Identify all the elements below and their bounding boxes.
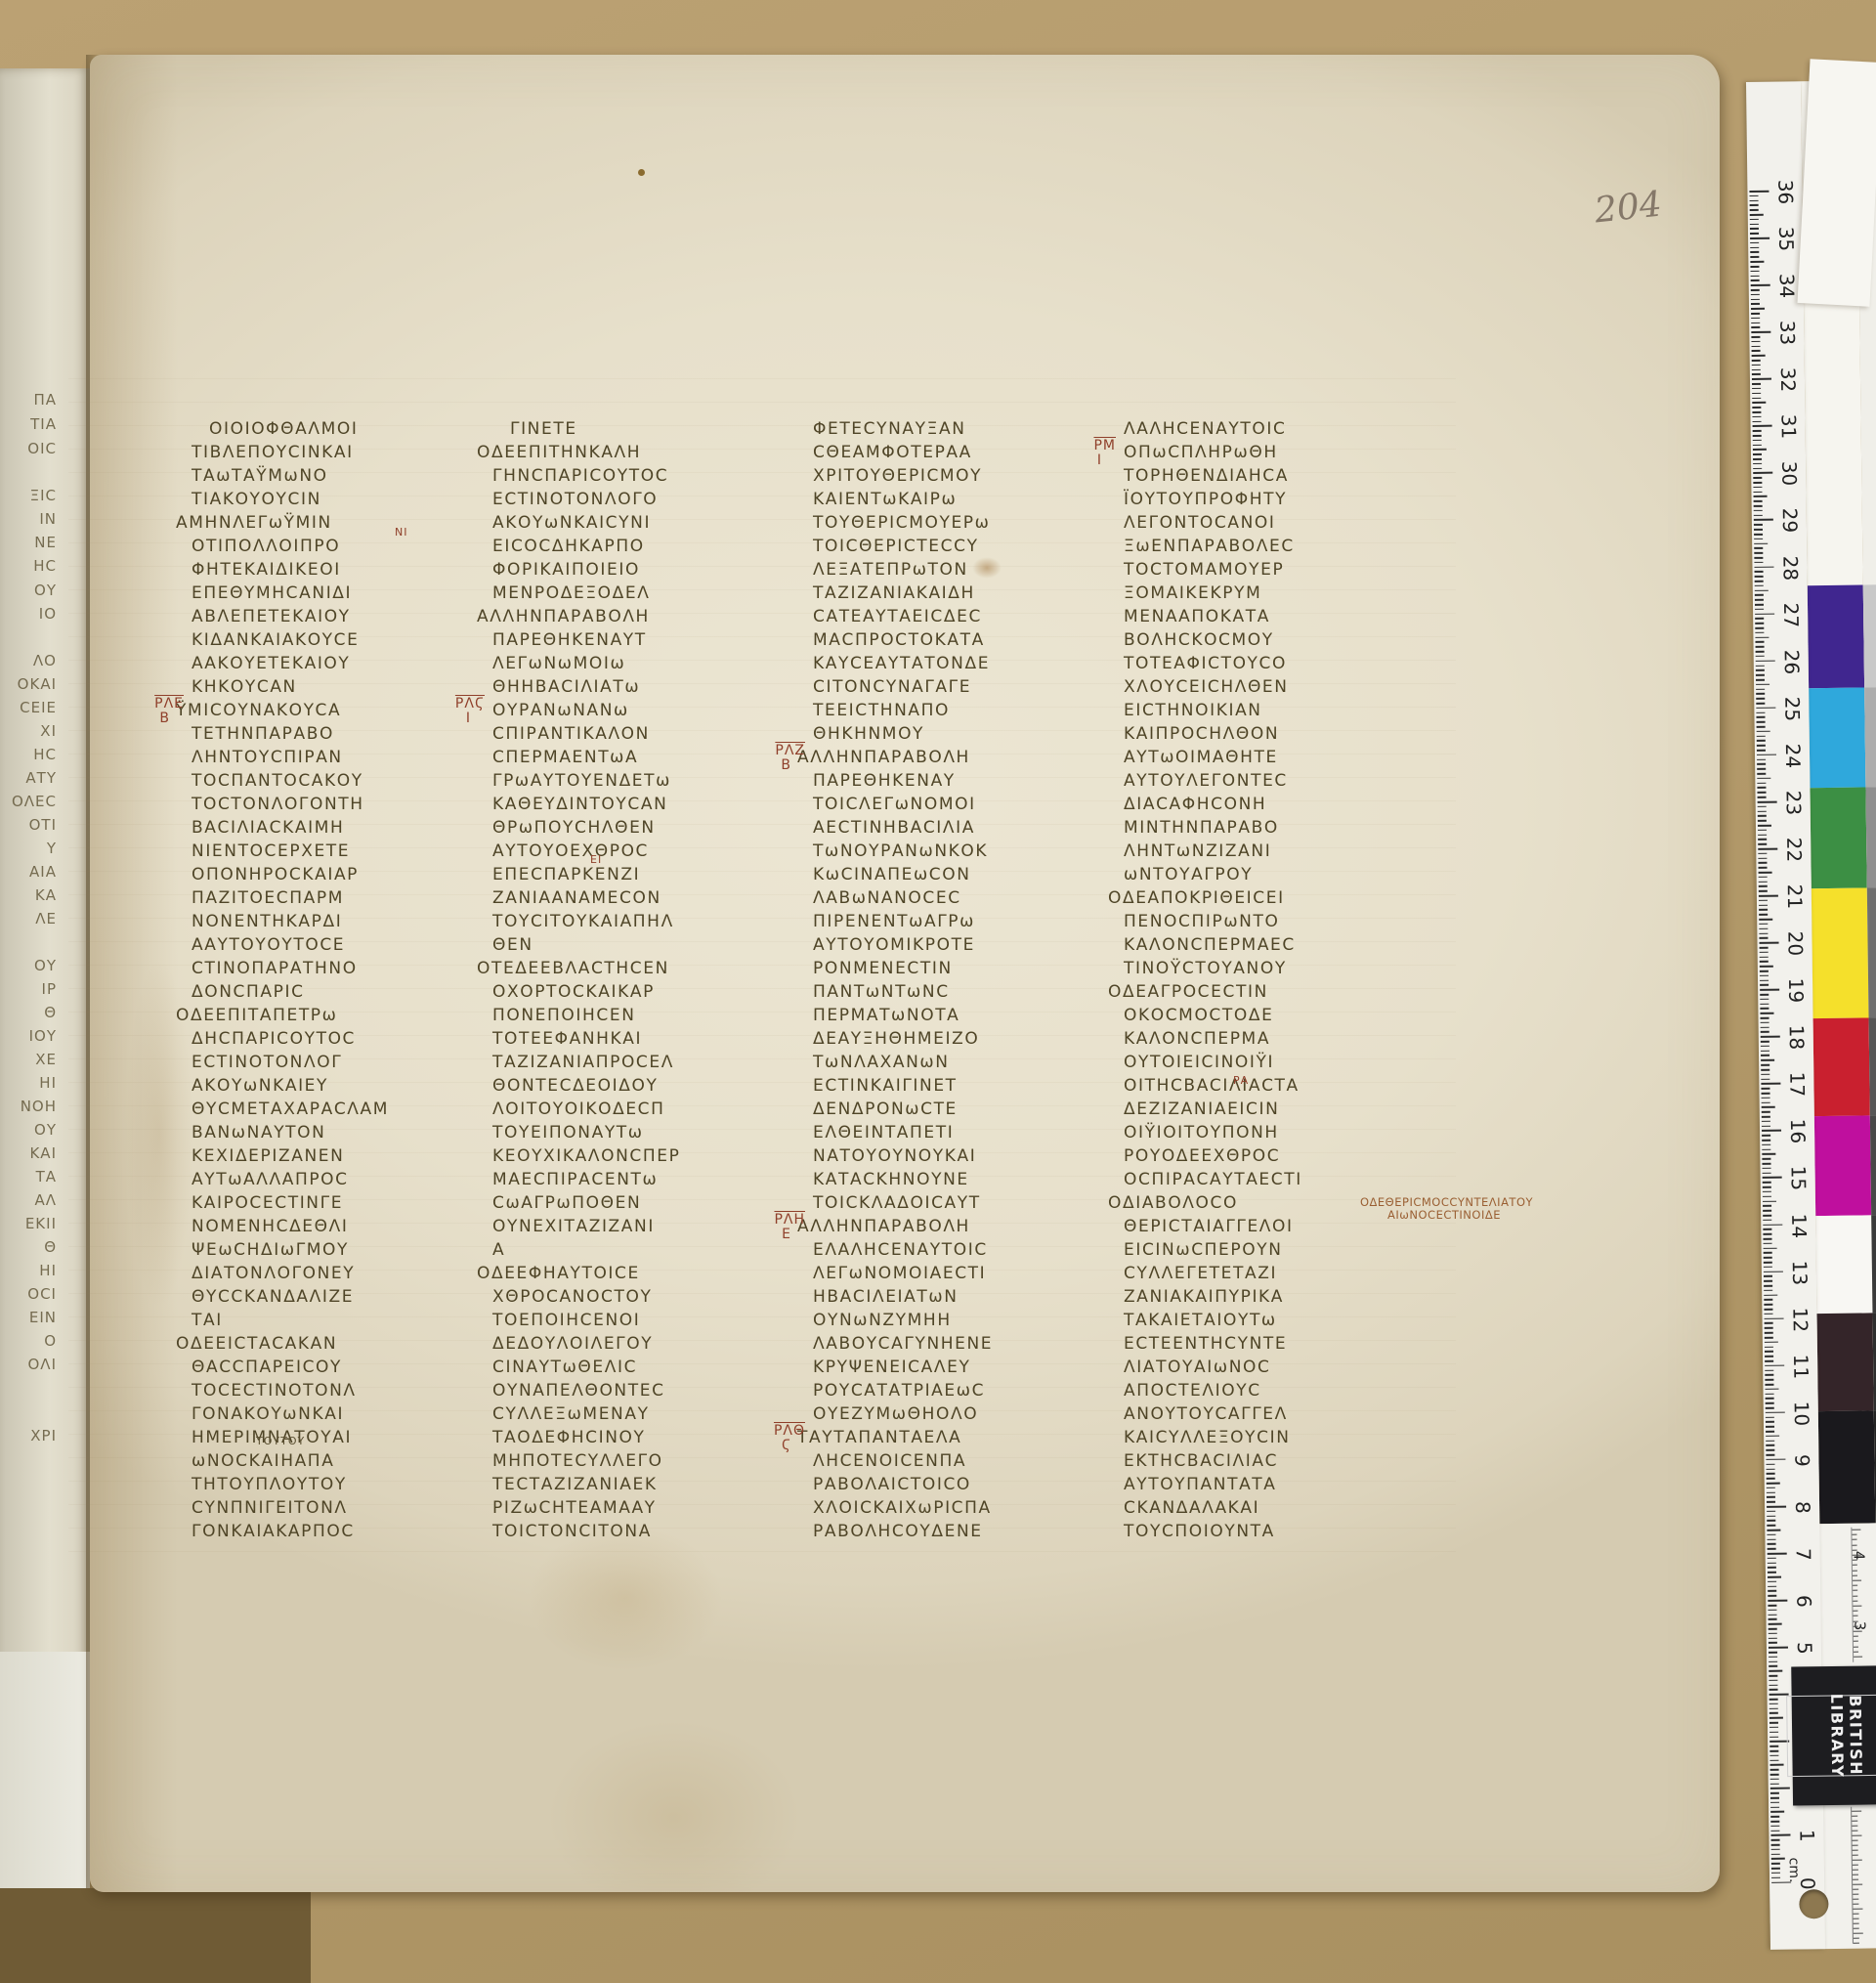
ruler-tick <box>1760 1013 1773 1014</box>
ruler-tick <box>1759 877 1768 879</box>
edge-scale-tick <box>1853 1544 1857 1545</box>
ruler-tick <box>1756 698 1765 700</box>
secondary-scale-tick <box>1853 1870 1858 1871</box>
manuscript-line: ΔΙΑCΑΦΗCΟΝΗ <box>1124 793 1417 816</box>
ruler-number: 7 <box>1792 1539 1815 1569</box>
manuscript-line: ωΝΟCΚΑΙΗΑΠΑ <box>192 1449 485 1473</box>
secondary-scale-tick <box>1854 1918 1859 1919</box>
ruler-tick <box>1768 1576 1781 1578</box>
facing-page-fragment: ΞΙC <box>0 487 57 504</box>
ruler-tick <box>1761 1078 1769 1080</box>
ruler-tick <box>1755 599 1764 601</box>
facing-page-fragment: ΟΥ <box>0 957 57 974</box>
ruler-tick <box>1757 754 1776 755</box>
ruler-tick <box>1767 1501 1775 1503</box>
ruler-tick <box>1769 1722 1778 1724</box>
manuscript-line: ΚΑΛΟΝCΠΕΡΜΑ <box>1124 1027 1417 1051</box>
ruler-tick <box>1757 773 1766 775</box>
ruler-tick <box>1750 228 1759 230</box>
edge-scale-tick <box>1853 1595 1857 1596</box>
ruler-tick <box>1769 1642 1777 1644</box>
ruler-tick <box>1759 937 1768 939</box>
manuscript-line: ΤΟΙCΛΕΓωΝΟΜΟΙ <box>813 793 1106 816</box>
ruler-tick <box>1765 1337 1773 1339</box>
facing-page-lower-edge <box>0 1652 90 1901</box>
ruler-tick <box>1759 932 1768 934</box>
secondary-scale-tick <box>1852 1816 1857 1817</box>
ruler-number: 26 <box>1780 647 1804 676</box>
manuscript-line: ΛΕΓΟΝΤΟCΑΝΟΙ <box>1124 511 1417 535</box>
ruler-tick <box>1755 632 1764 634</box>
edge-scale-tick <box>1853 1560 1857 1561</box>
manuscript-line: ΕCΤΕΕΝΤΗCΥΝΤΕ <box>1124 1332 1417 1356</box>
manuscript-line: ΡΟΥΟΔΕΕΧΘΡΟC <box>1124 1144 1417 1168</box>
manuscript-line: ΛΕΓωΝΟΜΟΙΑΕCΤΙ <box>813 1262 1106 1285</box>
manuscript-line: ΛΕΞΑΤΕΠΡωΤΟΝ <box>813 558 1106 582</box>
secondary-scale: O Righe Tip. 1 1234 <box>1851 1806 1876 1944</box>
ruler-tick <box>1769 1689 1778 1691</box>
ruler-tick <box>1765 1384 1773 1386</box>
ruler-tick <box>1770 1826 1779 1828</box>
margin-section-number: ΡΜΙ <box>1061 439 1116 468</box>
ruler-tick <box>1759 867 1768 869</box>
ruler-tick <box>1753 467 1762 469</box>
secondary-scale-tick <box>1852 1821 1857 1822</box>
manuscript-line: ΕΛΘΕΙΝΤΑΠΕΤΙ <box>813 1121 1106 1144</box>
ruler-number: 33 <box>1775 319 1799 348</box>
ruler-tick <box>1751 308 1765 310</box>
ruler-tick <box>1760 1003 1769 1005</box>
ruler-tick <box>1767 1525 1775 1527</box>
ruler-tick <box>1768 1572 1776 1573</box>
manuscript-line: ΔΕΖΙΖΑΝΙΑΕΙCΙΝ <box>1124 1098 1417 1121</box>
secondary-scale-tick <box>1853 1909 1862 1910</box>
ruler-tick <box>1763 1182 1771 1184</box>
ruler-tick <box>1751 341 1760 343</box>
manuscript-line: ΠΑΡΕΘΗΚΕΝΑΥ <box>813 769 1106 793</box>
ruler-tick <box>1764 1247 1777 1249</box>
margin-section-number: ΡΛΘϚ <box>750 1424 805 1453</box>
manuscript-line: ΚΕΟΥΧΙΚΑΛΟΝCΠΕΡ <box>492 1144 786 1168</box>
ruler-tick <box>1757 731 1770 733</box>
white-sheet-corner <box>1798 59 1876 307</box>
ruler-tick <box>1763 1210 1771 1212</box>
manuscript-line: CΤΙΝΟΠΑΡΑΤΗΝΟ <box>192 957 485 980</box>
edge-scale-tick <box>1853 1565 1857 1566</box>
ruler-tick <box>1770 1774 1779 1776</box>
manuscript-line: ΡΑΒΟΛΗCΟΥΔΕΝΕ <box>813 1520 1106 1543</box>
ruler-tick <box>1755 594 1764 596</box>
ruler-number: 31 <box>1776 412 1800 442</box>
ruler-tick <box>1758 792 1767 794</box>
manuscript-line: ΝΑΤΟΥΟΥΝΟΥΚΑΙ <box>813 1144 1106 1168</box>
facing-page-fragment: ΕΙΝ <box>0 1309 57 1326</box>
tag-line-library: LIBRARY <box>1827 1694 1847 1779</box>
manuscript-line: ΕCΤΙΝΚΑΙΓΙΝΕΤ <box>813 1074 1106 1098</box>
manuscript-line: ΤΑΙ <box>192 1309 485 1332</box>
folio-number: 204 <box>1593 185 1664 232</box>
ruler-tick <box>1756 669 1765 671</box>
manuscript-line: ΜΑΕCΠΙΡΑCΕΝΤω <box>492 1168 786 1191</box>
manuscript-line: CΠΙΡΑΝΤΙΚΑΛΟΝ <box>492 722 786 746</box>
manuscript-line: ΑΑΚΟΥΕΤΕΚΑΙΟΥ <box>192 652 485 675</box>
ruler-tick <box>1758 848 1777 850</box>
manuscript-line: ΔΗCΠΑΡΙCΟΥΤΟC <box>192 1027 485 1051</box>
ruler-tick <box>1753 453 1762 455</box>
ruler-tick <box>1752 368 1761 370</box>
manuscript-line: ΤΟΕΠΟΙΗCΕΝΟΙ <box>492 1309 786 1332</box>
facing-page-fragment: ΠΑ <box>0 391 57 409</box>
ruler-tick <box>1767 1510 1775 1512</box>
ruler-tick <box>1767 1520 1775 1522</box>
facing-page-fragment: ΗC <box>0 557 57 575</box>
ruler-tick <box>1750 233 1759 235</box>
ruler-tick <box>1755 576 1764 578</box>
ruler-tick <box>1755 571 1764 573</box>
ruler-tick <box>1759 895 1778 897</box>
secondary-scale-tick <box>1854 1923 1859 1924</box>
ruler-number: 16 <box>1786 1117 1810 1146</box>
ruler-tick <box>1758 853 1767 855</box>
gray-step <box>1869 1017 1876 1115</box>
ruler-tick <box>1755 623 1764 625</box>
facing-page-fragment: ΟCΙ <box>0 1285 57 1303</box>
ruler-tick <box>1765 1364 1784 1366</box>
manuscript-line: ΒΑCΙΛΙΑCΚΑΙΜΗ <box>192 816 485 840</box>
manuscript-line: ΗΜΕΡΙΜΝΑΤΟΥΑΙ <box>192 1426 485 1449</box>
manuscript-line: ΛΕΓωΝωΜΟΙω <box>492 652 786 675</box>
manuscript-line: ΡΙΖωCΗΤΕΑΜΑΑΥ <box>492 1496 786 1520</box>
ruler-tick <box>1766 1449 1774 1451</box>
ruler-tick <box>1751 294 1760 296</box>
ruler-tick <box>1762 1153 1775 1155</box>
ruler-tick <box>1760 989 1779 991</box>
ruler-tick <box>1754 529 1763 531</box>
manuscript-line: ΕΙCΟCΔΗΚΑΡΠΟ <box>492 535 786 558</box>
manuscript-line: ΔΟΝCΠΑΡΙC <box>192 980 485 1004</box>
ruler-tick <box>1755 609 1764 611</box>
ruler-number: 20 <box>1783 928 1807 958</box>
ruler-tick <box>1755 627 1764 629</box>
ruler-tick <box>1767 1515 1775 1517</box>
ruler-tick <box>1754 519 1773 521</box>
ruler-tick <box>1766 1411 1785 1413</box>
ruler-tick <box>1756 656 1765 658</box>
ruler-tick <box>1756 665 1765 667</box>
manuscript-line: ΑΚΟΥωΝΚΑΙΕΥ <box>192 1074 485 1098</box>
ruler-number: 10 <box>1790 1399 1813 1428</box>
manuscript-line: ΚωCΙΝΑΠΕωCΟΝ <box>813 863 1106 886</box>
ruler-tick <box>1769 1632 1777 1634</box>
ruler-tick <box>1755 581 1764 582</box>
ruler-tick <box>1750 266 1759 268</box>
ruler-number: 1 <box>1795 1822 1818 1851</box>
ruler-tick <box>1766 1407 1774 1409</box>
gray-step <box>1863 584 1876 687</box>
ruler-tick <box>1758 843 1767 845</box>
facing-page-fragment: ΚΑΙ <box>0 1144 57 1162</box>
ruler-tick <box>1751 289 1760 291</box>
manuscript-line: ΚΑΙΡΟCΕCΤΙΝΓΕ <box>192 1191 485 1215</box>
manuscript-line: ΤωΝΛΑΧΑΝωΝ <box>813 1051 1106 1074</box>
ruler-tick <box>1760 975 1769 977</box>
manuscript-line: ΠΕΡΜΑΤωΝΟΤΑ <box>813 1004 1106 1027</box>
ruler-number: 34 <box>1775 271 1799 300</box>
ruler-tick <box>1756 651 1765 653</box>
ruler-tick <box>1764 1285 1772 1287</box>
ruler-tick <box>1757 750 1766 752</box>
ruler-tick <box>1763 1229 1771 1230</box>
ruler-tick <box>1764 1271 1783 1272</box>
manuscript-line: ΤΟCΕCΤΙΝΟΤΟΝΛ <box>192 1379 485 1402</box>
manuscript-line: ΤΟΥCΙΤΟΥΚΑΙΑΠΗΛ <box>492 910 786 933</box>
ruler-tick <box>1769 1731 1778 1733</box>
ruler-tick <box>1767 1463 1775 1465</box>
ruler-tick <box>1761 1017 1769 1019</box>
ruler-tick <box>1754 539 1763 540</box>
color-patch-dark-brown <box>1817 1313 1874 1411</box>
ruler-tick <box>1755 618 1764 620</box>
ruler-tick <box>1758 839 1767 841</box>
ruler-tick <box>1764 1275 1772 1277</box>
ruler-tick <box>1771 1858 1785 1860</box>
ruler-tick <box>1754 552 1763 554</box>
ruler-tick <box>1752 407 1761 409</box>
ruler-tick <box>1762 1111 1770 1113</box>
ruler-tick <box>1752 345 1761 347</box>
gray-step <box>1871 1215 1876 1313</box>
facing-page-fragment: Υ <box>0 840 57 857</box>
facing-page-fragment: ΟΥ <box>0 582 57 599</box>
tag-line-british: BRITISH <box>1846 1693 1865 1778</box>
manuscript-line: ΤΟΙCΤΟΝCΙΤΟΝΑ <box>492 1520 786 1543</box>
ruler-tick <box>1751 331 1770 333</box>
manuscript-line: ΦΗΤΕΚΑΙΔΙΚΕΟΙ <box>192 558 485 582</box>
facing-page-fragment: ΗΙ <box>0 1074 57 1092</box>
ruler-tick <box>1760 951 1769 953</box>
ruler-tick <box>1764 1294 1777 1296</box>
manuscript-line: ΟΠΟΝΗΡΟCΚΑΙΑΡ <box>192 863 485 886</box>
ruler-tick <box>1758 797 1767 798</box>
ruler-number: 12 <box>1788 1305 1812 1334</box>
ruler-tick <box>1759 890 1768 892</box>
ruler-tick <box>1761 1069 1769 1071</box>
ruler-tick <box>1761 1073 1769 1075</box>
gray-step <box>1872 1313 1876 1410</box>
ruler-tick <box>1752 383 1761 385</box>
manuscript-line: ΡΟΝΜΕΝΕCΤΙΝ <box>813 957 1106 980</box>
manuscript-line: ΛΗΝΤΟΥCΠΙΡΑΝ <box>192 746 485 769</box>
margin-section-number: ΡΛϚΙ <box>430 697 485 726</box>
ruler-tick <box>1755 613 1774 615</box>
manuscript-line: ΛΙΑΤΟΥΑΙωΝΟC <box>1124 1356 1417 1379</box>
ruler-tick <box>1760 956 1769 958</box>
ruler-tick <box>1769 1717 1783 1719</box>
ruler-tick <box>1760 984 1769 986</box>
ruler-tick <box>1751 280 1760 281</box>
secondary-scale-tick <box>1853 1875 1858 1875</box>
ruler-tick <box>1764 1262 1772 1264</box>
manuscript-line: ΤΟΤΕΑΦΙCΤΟΥCΟ <box>1124 652 1417 675</box>
ruler-tick <box>1760 966 1773 968</box>
ruler-tick <box>1768 1585 1776 1587</box>
ruler-tick <box>1754 542 1768 544</box>
ruler-tick <box>1761 1064 1769 1066</box>
correction-mark: ΕΙ <box>590 853 602 866</box>
ruler-tick <box>1753 482 1762 484</box>
ruler-tick <box>1757 768 1766 770</box>
ruler-tick <box>1756 679 1765 681</box>
manuscript-line: ΟΥΝΑΠΕΛΘΟΝΤΕC <box>492 1379 786 1402</box>
ruler-number: 28 <box>1778 553 1802 582</box>
ruler-tick <box>1766 1402 1774 1404</box>
ruler-tick <box>1759 904 1768 906</box>
manuscript-line: ΤΟCΠΑΝΤΟCΑΚΟΥ <box>192 769 485 793</box>
manuscript-line: ΑΝΟΥΤΟΥCΑΓΓΕΛ <box>1124 1402 1417 1426</box>
facing-page-fragment: ΝΕ <box>0 534 57 551</box>
ruler-tick <box>1751 271 1760 273</box>
manuscript-line: ΤΟΥΘΕΡΙCΜΟΥΕΡω <box>813 511 1106 535</box>
manuscript-line: CΥΝΠΝΙΓΕΙΤΟΝΛ <box>192 1496 485 1520</box>
ruler-number: 24 <box>1781 741 1805 770</box>
ruler-tick <box>1750 242 1759 244</box>
facing-page-fragment: ΚΑ <box>0 886 57 904</box>
ruler-tick <box>1764 1309 1772 1311</box>
ruler-number: 27 <box>1779 600 1803 629</box>
facing-page-fragment: ΙΡ <box>0 980 57 998</box>
ruler-tick <box>1761 1046 1769 1048</box>
ruler-tick <box>1756 707 1775 709</box>
ruler-tick <box>1769 1628 1777 1630</box>
secondary-scale-tick <box>1852 1831 1857 1832</box>
manuscript-line: ΧΛΟΙCΚΑΙΧωΡΙCΠΑ <box>813 1496 1106 1520</box>
manuscript-line: ΦΟΡΙΚΑΙΠΟΙΕΙΟ <box>492 558 786 582</box>
edge-scale-tick <box>1854 1625 1858 1626</box>
ruler-tick <box>1750 251 1759 253</box>
ruler-tick <box>1767 1487 1775 1488</box>
ruler-tick <box>1764 1299 1772 1301</box>
ruler-tick <box>1754 505 1763 507</box>
manuscript-line: ΤΕΕΙCΤΗΝΑΠΟ <box>813 699 1106 722</box>
ruler-tick <box>1762 1125 1770 1127</box>
manuscript-line: ΝΟΝΕΝΤΗΚΑΡΔΙ <box>192 910 485 933</box>
ruler-tick <box>1754 547 1763 549</box>
secondary-scale-tick <box>1852 1835 1861 1836</box>
margin-number-sub: Ι <box>430 711 471 726</box>
margin-number-sub: Ι <box>1061 453 1102 468</box>
ruler-tick <box>1762 1101 1770 1103</box>
secondary-scale-tick <box>1853 1894 1858 1895</box>
ruler-tick <box>1770 1830 1779 1832</box>
manuscript-line: ΓΟΝΚΑΙΑΚΑΡΠΟC <box>192 1520 485 1543</box>
facing-page-fragment: ΕΚΙΙ <box>0 1215 57 1232</box>
ruler-tick <box>1752 397 1761 399</box>
edge-scale-tick <box>1853 1570 1857 1571</box>
ruler-tick <box>1758 825 1771 827</box>
ruler-tick <box>1768 1581 1776 1583</box>
gray-step <box>1864 687 1876 787</box>
ruler-tick <box>1749 191 1769 193</box>
ruler-tick <box>1752 388 1761 390</box>
manuscript-line: ΑΜΗΝΛΕΓωΫΜΙΝ <box>176 511 485 535</box>
manuscript-line: ΘΡωΠΟΥCΗΛΘΕΝ <box>492 816 786 840</box>
manuscript-line: ΤΟΥCΠΟΙΟΥΝΤΑ <box>1124 1520 1417 1543</box>
ruler-tick <box>1753 444 1762 446</box>
ruler-tick <box>1762 1093 1770 1095</box>
correction-mark: ΤΟΥΤΟΥ <box>256 1435 305 1447</box>
ruler-tick <box>1757 721 1766 723</box>
manuscript-line: ΓΟΝΑΚΟΥωΝΚΑΙ <box>192 1402 485 1426</box>
facing-page-fragment: ΟΥ <box>0 1121 57 1139</box>
ruler-number: 18 <box>1785 1022 1809 1052</box>
ruler-tick <box>1750 247 1759 249</box>
color-patch-yellow <box>1812 887 1869 1018</box>
manuscript-line: ΚΙΔΑΝΚΑΙΑΚΟΥCΕ <box>192 628 485 652</box>
ruler-tick <box>1756 688 1765 690</box>
british-library-tag: BRITISH LIBRARY <box>1791 1665 1876 1805</box>
ruler-tick <box>1753 463 1762 465</box>
ruler-tick <box>1765 1341 1778 1343</box>
gray-step <box>1865 787 1876 887</box>
manuscript-line: ΠΑΖΙΤΟΕCΠΑΡΜ <box>192 886 485 910</box>
ruler-tick <box>1765 1351 1773 1353</box>
facing-page-fragment: ΗC <box>0 746 57 763</box>
ruler-tick <box>1769 1684 1777 1686</box>
edge-scale-tick <box>1854 1641 1858 1642</box>
ruler-number: 19 <box>1784 975 1808 1005</box>
facing-page-fragment: ΟΙC <box>0 440 57 457</box>
ruler-tick <box>1757 778 1770 780</box>
color-patch-violet <box>1808 584 1864 688</box>
ruler-tick <box>1769 1675 1777 1677</box>
color-patch-magenta <box>1814 1115 1871 1216</box>
ruler-tick <box>1760 1008 1769 1010</box>
manuscript-line: ΑΛΛΗΝΠΑΡΑΒΟΛΗ <box>477 605 786 628</box>
ruler-tick <box>1760 942 1779 944</box>
ruler-tick <box>1753 491 1762 493</box>
correction-mark: ΡΑ <box>1233 1074 1249 1087</box>
ruler-tick <box>1761 1083 1780 1085</box>
secondary-scale-tick <box>1854 1933 1863 1934</box>
ruler-tick <box>1758 862 1767 864</box>
ruler-tick <box>1766 1440 1774 1442</box>
manuscript-line: Α <box>492 1238 786 1262</box>
edge-scale-tick <box>1853 1539 1857 1540</box>
ruler-tick <box>1764 1314 1772 1315</box>
ruler-tick <box>1767 1468 1775 1470</box>
ruler-tick <box>1761 1036 1780 1038</box>
edge-scale-tick <box>1854 1616 1858 1617</box>
ruler-tick <box>1761 1088 1769 1090</box>
secondary-scale-tick <box>1853 1879 1858 1880</box>
color-patch-white <box>1815 1215 1872 1314</box>
manuscript-line: ΜΕΝΡΟΔΕΞΟΔΕΛ <box>492 582 786 605</box>
edge-scale-tick <box>1853 1580 1861 1581</box>
ruler-tick <box>1756 693 1765 695</box>
ruler-tick <box>1754 514 1763 516</box>
manuscript-line: ΚΑΙΕΝΤωΚΑΙΡω <box>813 488 1106 511</box>
secondary-scale-tick <box>1853 1899 1858 1900</box>
ruler-tick <box>1753 420 1762 422</box>
margin-number-sub: Ε <box>750 1228 791 1242</box>
ruler-tick <box>1761 1026 1769 1028</box>
ruler-tick <box>1763 1219 1771 1221</box>
ruler-tick <box>1750 261 1764 263</box>
ruler-tick <box>1766 1393 1774 1395</box>
ruler-tick <box>1752 402 1766 404</box>
ruler-tick <box>1763 1195 1771 1197</box>
margin-number-label: ΡΛΗ <box>774 1212 805 1228</box>
